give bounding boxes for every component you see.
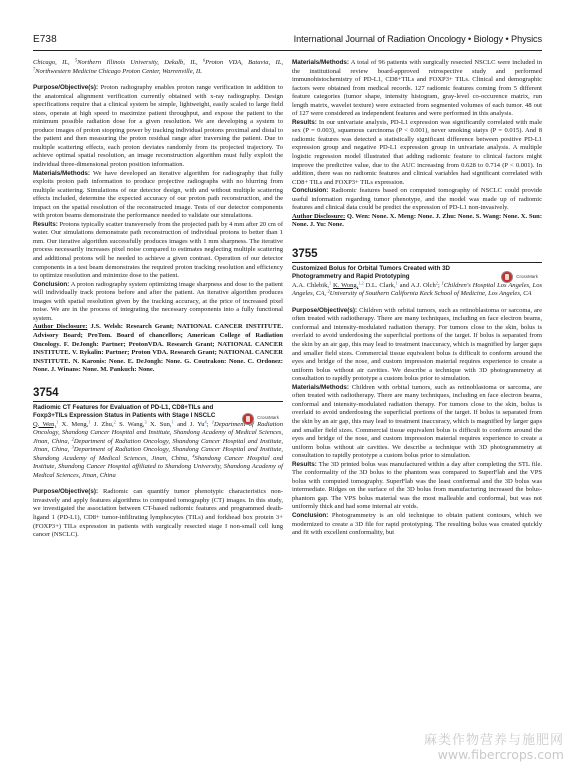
abstract-number-3755: 3755: [292, 248, 542, 263]
affiliation-continuation: Chicago, IL, 5Northern Illinois Universi…: [33, 59, 283, 76]
methods-label: Materials/Methods:: [292, 59, 349, 66]
left-column: Chicago, IL, 5Northern Illinois Universi…: [33, 59, 283, 540]
results-label: Results:: [292, 461, 317, 468]
conclusion-text: Photogrammetry is an old technique to ob…: [292, 512, 542, 536]
abstract-title-block: Radiomic CT Features for Evaluation of P…: [33, 404, 283, 421]
crossmark-badge[interactable]: CrossMark: [501, 271, 538, 283]
results-text: In our univariate analysis, PD-L1 expres…: [292, 119, 542, 186]
conclusion-section-3755: Conclusion: Photogrammetry is an old tec…: [292, 512, 542, 538]
results-text: Protons typically scatter transversely f…: [33, 221, 283, 279]
authors-affiliations: A.A. Chlebik,1 K. Wong,1,2 D.L. Clark,1 …: [292, 282, 542, 299]
methods-section-3754: Materials/Methods: A total of 96 patient…: [292, 59, 542, 119]
author-presenting: K. Wong,: [333, 282, 358, 289]
conclusion-label: Conclusion:: [33, 281, 69, 288]
author-presenting: Q. Wen,: [33, 421, 56, 428]
purpose-label: Purpose/Objective(s):: [33, 488, 98, 495]
crossmark-badge[interactable]: CrossMark: [242, 413, 279, 425]
right-column: Materials/Methods: A total of 96 patient…: [292, 59, 542, 538]
purpose-section-3755: Purpose/Objective(s): Children with orbi…: [292, 307, 542, 384]
purpose-label: Purpose/Objective(s):: [33, 84, 98, 91]
authors-affiliations: Q. Wen,1 X. Meng,1 J. Zhu,2 S. Wang,3 X.…: [33, 421, 283, 481]
purpose-section-3754: Purpose/Objective(s): Radiomic can quant…: [33, 488, 283, 539]
page-header: E738 International Journal of Radiation …: [33, 34, 542, 51]
conclusion-section: Conclusion: A proton radiography system …: [33, 281, 283, 324]
purpose-section: Purpose/Objective(s): Proton radiography…: [33, 84, 283, 169]
methods-label: Materials/Methods:: [33, 170, 90, 177]
crossmark-label: CrossMark: [257, 414, 279, 423]
crossmark-label: CrossMark: [516, 273, 538, 282]
methods-section: Materials/Methods: We have developed an …: [33, 170, 283, 221]
disclosure-label: Author Disclosure:: [33, 323, 87, 330]
disclosure-section-3754: Author Disclosure: Q. Wen: None. X. Meng…: [292, 213, 542, 230]
disclosure-label: Author Disclosure:: [292, 213, 345, 220]
methods-text: We have developed an iterative algorithm…: [33, 170, 283, 220]
methods-text: Children with orbital tumors, such as re…: [292, 384, 542, 459]
results-text: The 3D printed bolus was manufactured wi…: [292, 461, 542, 511]
results-section-3754: Results: In our univariate analysis, PD-…: [292, 119, 542, 187]
page-number: E738: [33, 34, 57, 45]
results-section: Results: Protons typically scatter trans…: [33, 221, 283, 281]
results-label: Results:: [292, 119, 317, 126]
abstract-number-3754: 3754: [33, 387, 283, 402]
purpose-text: Children with orbital tumors, such as re…: [292, 307, 542, 382]
methods-section-3755: Materials/Methods: Children with orbital…: [292, 384, 542, 461]
disclosure-text: J.S. Welsh: Research Grant; NATIONAL CAN…: [33, 323, 283, 373]
results-label: Results:: [33, 221, 58, 228]
results-section-3755: Results: The 3D printed bolus was manufa…: [292, 461, 542, 512]
journal-title: International Journal of Radiation Oncol…: [294, 34, 542, 44]
purpose-text: Radiomic can quantify tumor phenotypic c…: [33, 488, 283, 538]
conclusion-label: Conclusion:: [292, 512, 328, 519]
methods-label: Materials/Methods:: [292, 384, 349, 391]
conclusion-section-3754: Conclusion: Radiomic features based on c…: [292, 187, 542, 213]
watermark: 麻类作物营养与施肥网 www.fibercrops.com: [424, 733, 564, 762]
purpose-text: Proton radiography enables proton range …: [33, 84, 283, 168]
conclusion-label: Conclusion:: [292, 187, 328, 194]
watermark-chinese: 麻类作物营养与施肥网: [424, 733, 564, 748]
disclosure-section: Author Disclosure: J.S. Welsh: Research …: [33, 323, 283, 374]
methods-text: A total of 96 patients with surgically r…: [292, 59, 542, 117]
conclusion-text: Radiomic features based on computed tomo…: [292, 187, 542, 211]
abstract-title: Radiomic CT Features for Evaluation of P…: [33, 404, 223, 421]
purpose-label: Purpose/Objective(s):: [292, 307, 357, 314]
abstract-title: Customized Bolus for Orbital Tumors Crea…: [292, 265, 482, 282]
crossmark-icon: [242, 413, 254, 425]
watermark-url: www.fibercrops.com: [424, 748, 564, 762]
crossmark-icon: [501, 271, 513, 283]
conclusion-text: A proton radiography system optimizing i…: [33, 281, 283, 322]
abstract-title-block: Customized Bolus for Orbital Tumors Crea…: [292, 265, 542, 282]
